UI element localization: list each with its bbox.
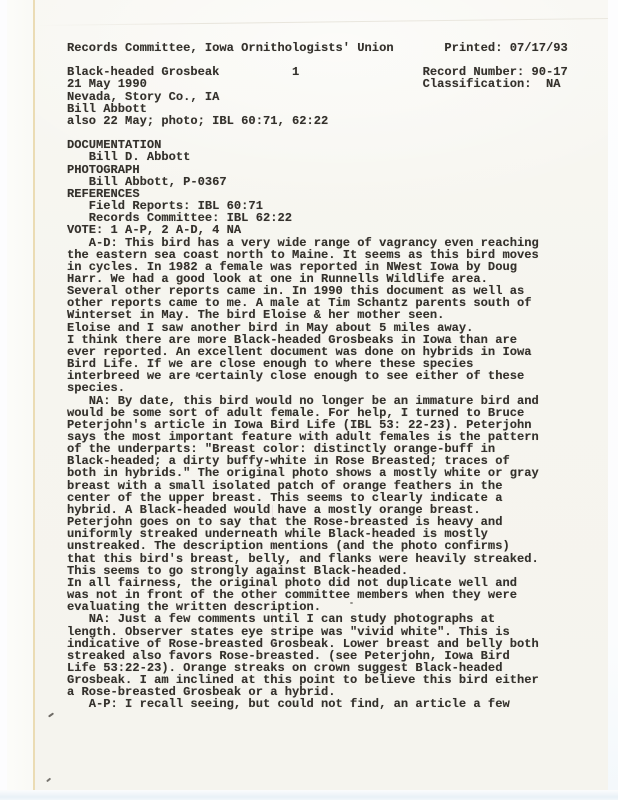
paper-top-crease [37, 18, 618, 26]
paper-fold-shadow [272, 505, 273, 665]
scanned-document: Records Committee, Iowa Ornithologists' … [0, 0, 618, 800]
scanner-background-right [608, 0, 618, 800]
typewritten-text: Records Committee, Iowa Ornithologists' … [67, 42, 568, 711]
ink-speck [350, 602, 353, 604]
paper-edge-band [7, 0, 33, 790]
ink-speck [331, 411, 333, 414]
scanner-background-left [0, 0, 7, 800]
scanner-background-bottom [0, 790, 618, 800]
paper-crease-line [33, 0, 35, 790]
